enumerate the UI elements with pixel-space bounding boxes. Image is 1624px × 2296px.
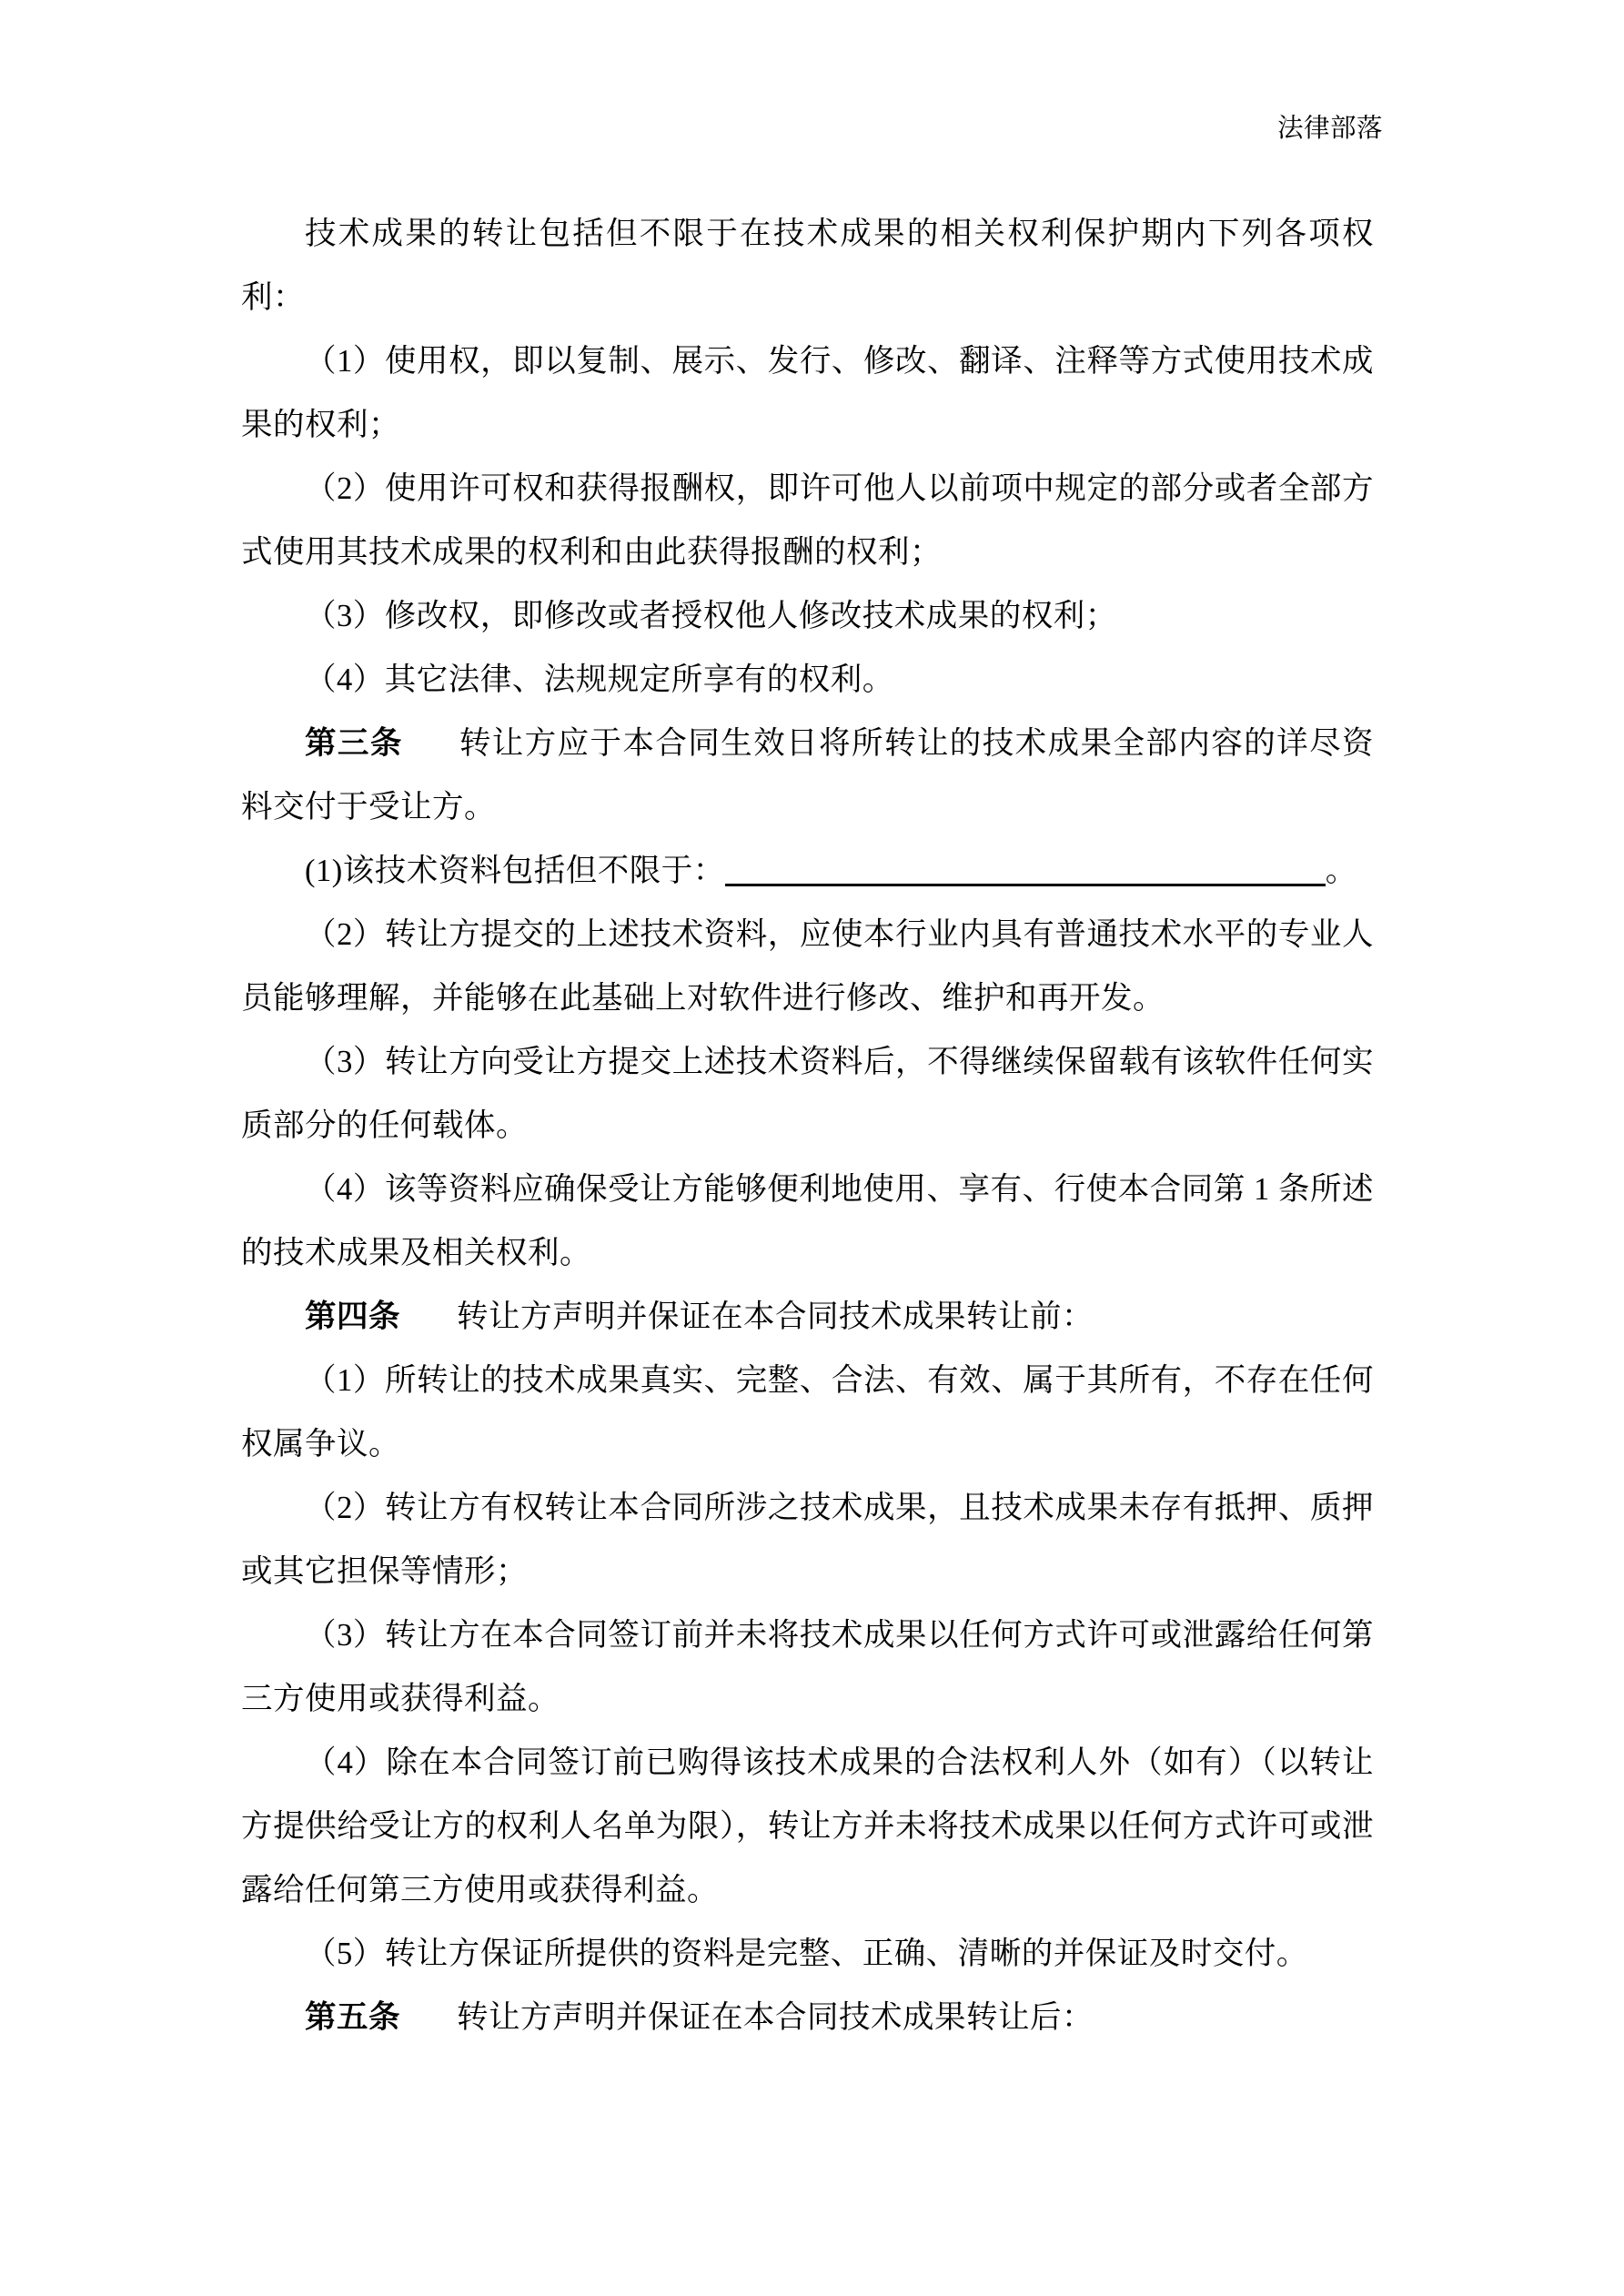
paragraph-text: （4）其它法律、法规规定所享有的权利。: [305, 663, 894, 697]
paragraph: （3）转让方在本合同签订前并未将技术成果以任何方式许可或泄露给任何第三方使用或获…: [241, 1603, 1374, 1731]
paragraph-text: （1）所转让的技术成果真实、完整、合法、有效、属于其所有，不存在任何权属争议。: [241, 1363, 1374, 1462]
paragraph: （2）转让方有权转让本合同所涉之技术成果，且技术成果未存有抵押、质押或其它担保等…: [241, 1476, 1374, 1603]
paragraph-text: （4）该等资料应确保受让方能够便利地使用、享有、行使本合同第 1 条所述的技术成…: [241, 1172, 1374, 1270]
paragraph: （2）转让方提交的上述技术资料，应使本行业内具有普通技术水平的专业人员能够理解，…: [241, 903, 1374, 1030]
paragraph-text: （1）使用权，即以复制、展示、发行、修改、翻译、注释等方式使用技术成果的权利；: [241, 344, 1374, 442]
paragraph: （4）该等资料应确保受让方能够便利地使用、享有、行使本合同第 1 条所述的技术成…: [241, 1158, 1374, 1285]
paragraph: 第三条转让方应于本合同生效日将所转让的技术成果全部内容的详尽资料交付于受让方。: [241, 712, 1374, 839]
paragraph: （4）其它法律、法规规定所享有的权利。: [241, 648, 1374, 712]
paragraph: 技术成果的转让包括但不限于在技术成果的相关权利保护期内下列各项权利：: [241, 202, 1374, 329]
paragraph-text: （2）转让方有权转让本合同所涉之技术成果，且技术成果未存有抵押、质押或其它担保等…: [241, 1491, 1374, 1589]
paragraph: 第四条转让方声明并保证在本合同技术成果转让前：: [241, 1285, 1374, 1349]
document-body: 技术成果的转让包括但不限于在技术成果的相关权利保护期内下列各项权利：（1）使用权…: [241, 202, 1374, 2049]
paragraph-text: 技术成果的转让包括但不限于在技术成果的相关权利保护期内下列各项权利：: [241, 217, 1374, 315]
paragraph-text: （3）转让方向受让方提交上述技术资料后，不得继续保留载有该软件任何实质部分的任何…: [241, 1045, 1374, 1143]
paragraph-text: （3）修改权，即修改或者授权他人修改技术成果的权利；: [305, 599, 1117, 633]
paragraph: （3）修改权，即修改或者授权他人修改技术成果的权利；: [241, 584, 1374, 648]
paragraph-text: （5）转让方保证所提供的资料是完整、正确、清晰的并保证及时交付。: [305, 1937, 1308, 1971]
paragraph-text: 转让方应于本合同生效日将所转让的技术成果全部内容的详尽资料交付于受让方。: [241, 726, 1374, 824]
paragraph: (1)该技术资料包括但不限于：。: [241, 839, 1374, 903]
page-header-watermark: 法律部落: [1277, 116, 1383, 143]
paragraph-text: （4）除在本合同签订前已购得该技术成果的合法权利人外（如有）（以转让方提供给受让…: [241, 1745, 1374, 1907]
paragraph-tail: 。: [1326, 854, 1357, 888]
article-number: 第三条: [305, 726, 403, 761]
paragraph: （3）转让方向受让方提交上述技术资料后，不得继续保留载有该软件任何实质部分的任何…: [241, 1030, 1374, 1158]
paragraph: （1）使用权，即以复制、展示、发行、修改、翻译、注释等方式使用技术成果的权利；: [241, 329, 1374, 457]
paragraph: （2）使用许可权和获得报酬权，即许可他人以前项中规定的部分或者全部方式使用其技术…: [241, 457, 1374, 584]
paragraph-text: (1)该技术资料包括但不限于：: [305, 854, 725, 888]
paragraph-text: （2）转让方提交的上述技术资料，应使本行业内具有普通技术水平的专业人员能够理解，…: [241, 917, 1374, 1016]
article-number: 第四条: [305, 1300, 400, 1334]
document-page: 法律部落 技术成果的转让包括但不限于在技术成果的相关权利保护期内下列各项权利：（…: [0, 0, 1624, 2296]
paragraph: （4）除在本合同签订前已购得该技术成果的合法权利人外（如有）（以转让方提供给受让…: [241, 1731, 1374, 1922]
paragraph-text: （3）转让方在本合同签订前并未将技术成果以任何方式许可或泄露给任何第三方使用或获…: [241, 1618, 1374, 1716]
paragraph-text: 转让方声明并保证在本合同技术成果转让前：: [457, 1300, 1094, 1334]
paragraph: （5）转让方保证所提供的资料是完整、正确、清晰的并保证及时交付。: [241, 1922, 1374, 1986]
fill-in-blank: [725, 856, 1326, 886]
paragraph-text: 转让方声明并保证在本合同技术成果转让后：: [457, 2000, 1094, 2035]
paragraph: （1）所转让的技术成果真实、完整、合法、有效、属于其所有，不存在任何权属争议。: [241, 1349, 1374, 1476]
paragraph: 第五条转让方声明并保证在本合同技术成果转让后：: [241, 1986, 1374, 2049]
paragraph-text: （2）使用许可权和获得报酬权，即许可他人以前项中规定的部分或者全部方式使用其技术…: [241, 471, 1374, 570]
article-number: 第五条: [305, 2000, 400, 2035]
